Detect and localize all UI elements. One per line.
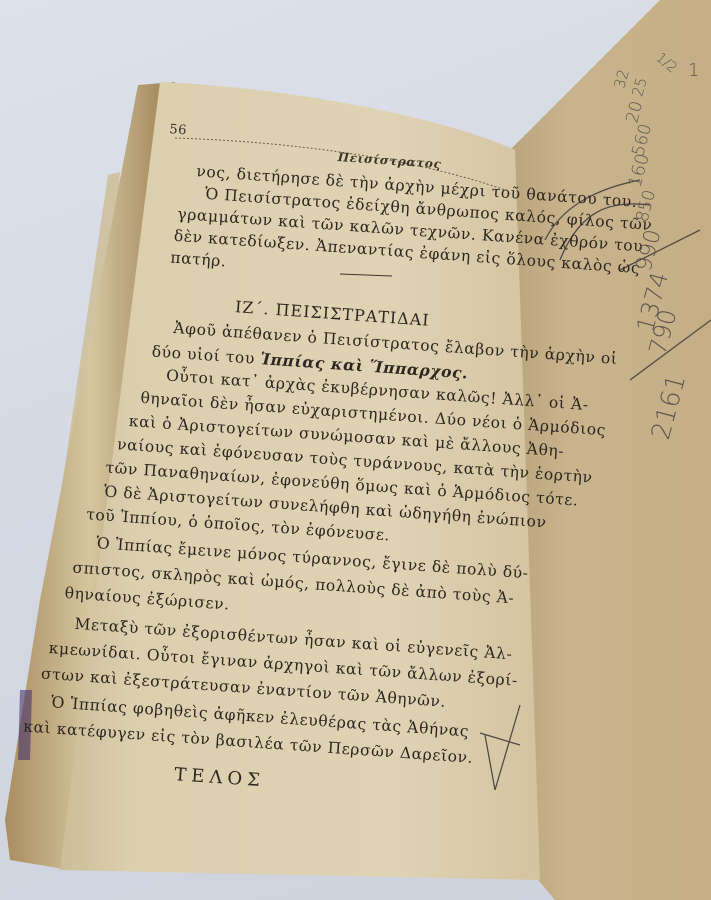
text-line: πατήρ. [170, 249, 227, 271]
text-fragment: δύο υἱοί του [151, 343, 261, 369]
photo-scene: 56 Πεισίστρατος νος, διετήρησε δὲ τὴν ἀρ… [0, 0, 711, 900]
left-page-text: 56 Πεισίστρατος νος, διετήρησε δὲ τὴν ἀρ… [64, 118, 529, 806]
text-line: θηναίους ἐξώρισεν. [64, 584, 230, 613]
pencil-note: 1 [688, 60, 699, 81]
running-head: Πεισίστρατος [337, 150, 442, 171]
page-number: 56 [169, 122, 188, 138]
